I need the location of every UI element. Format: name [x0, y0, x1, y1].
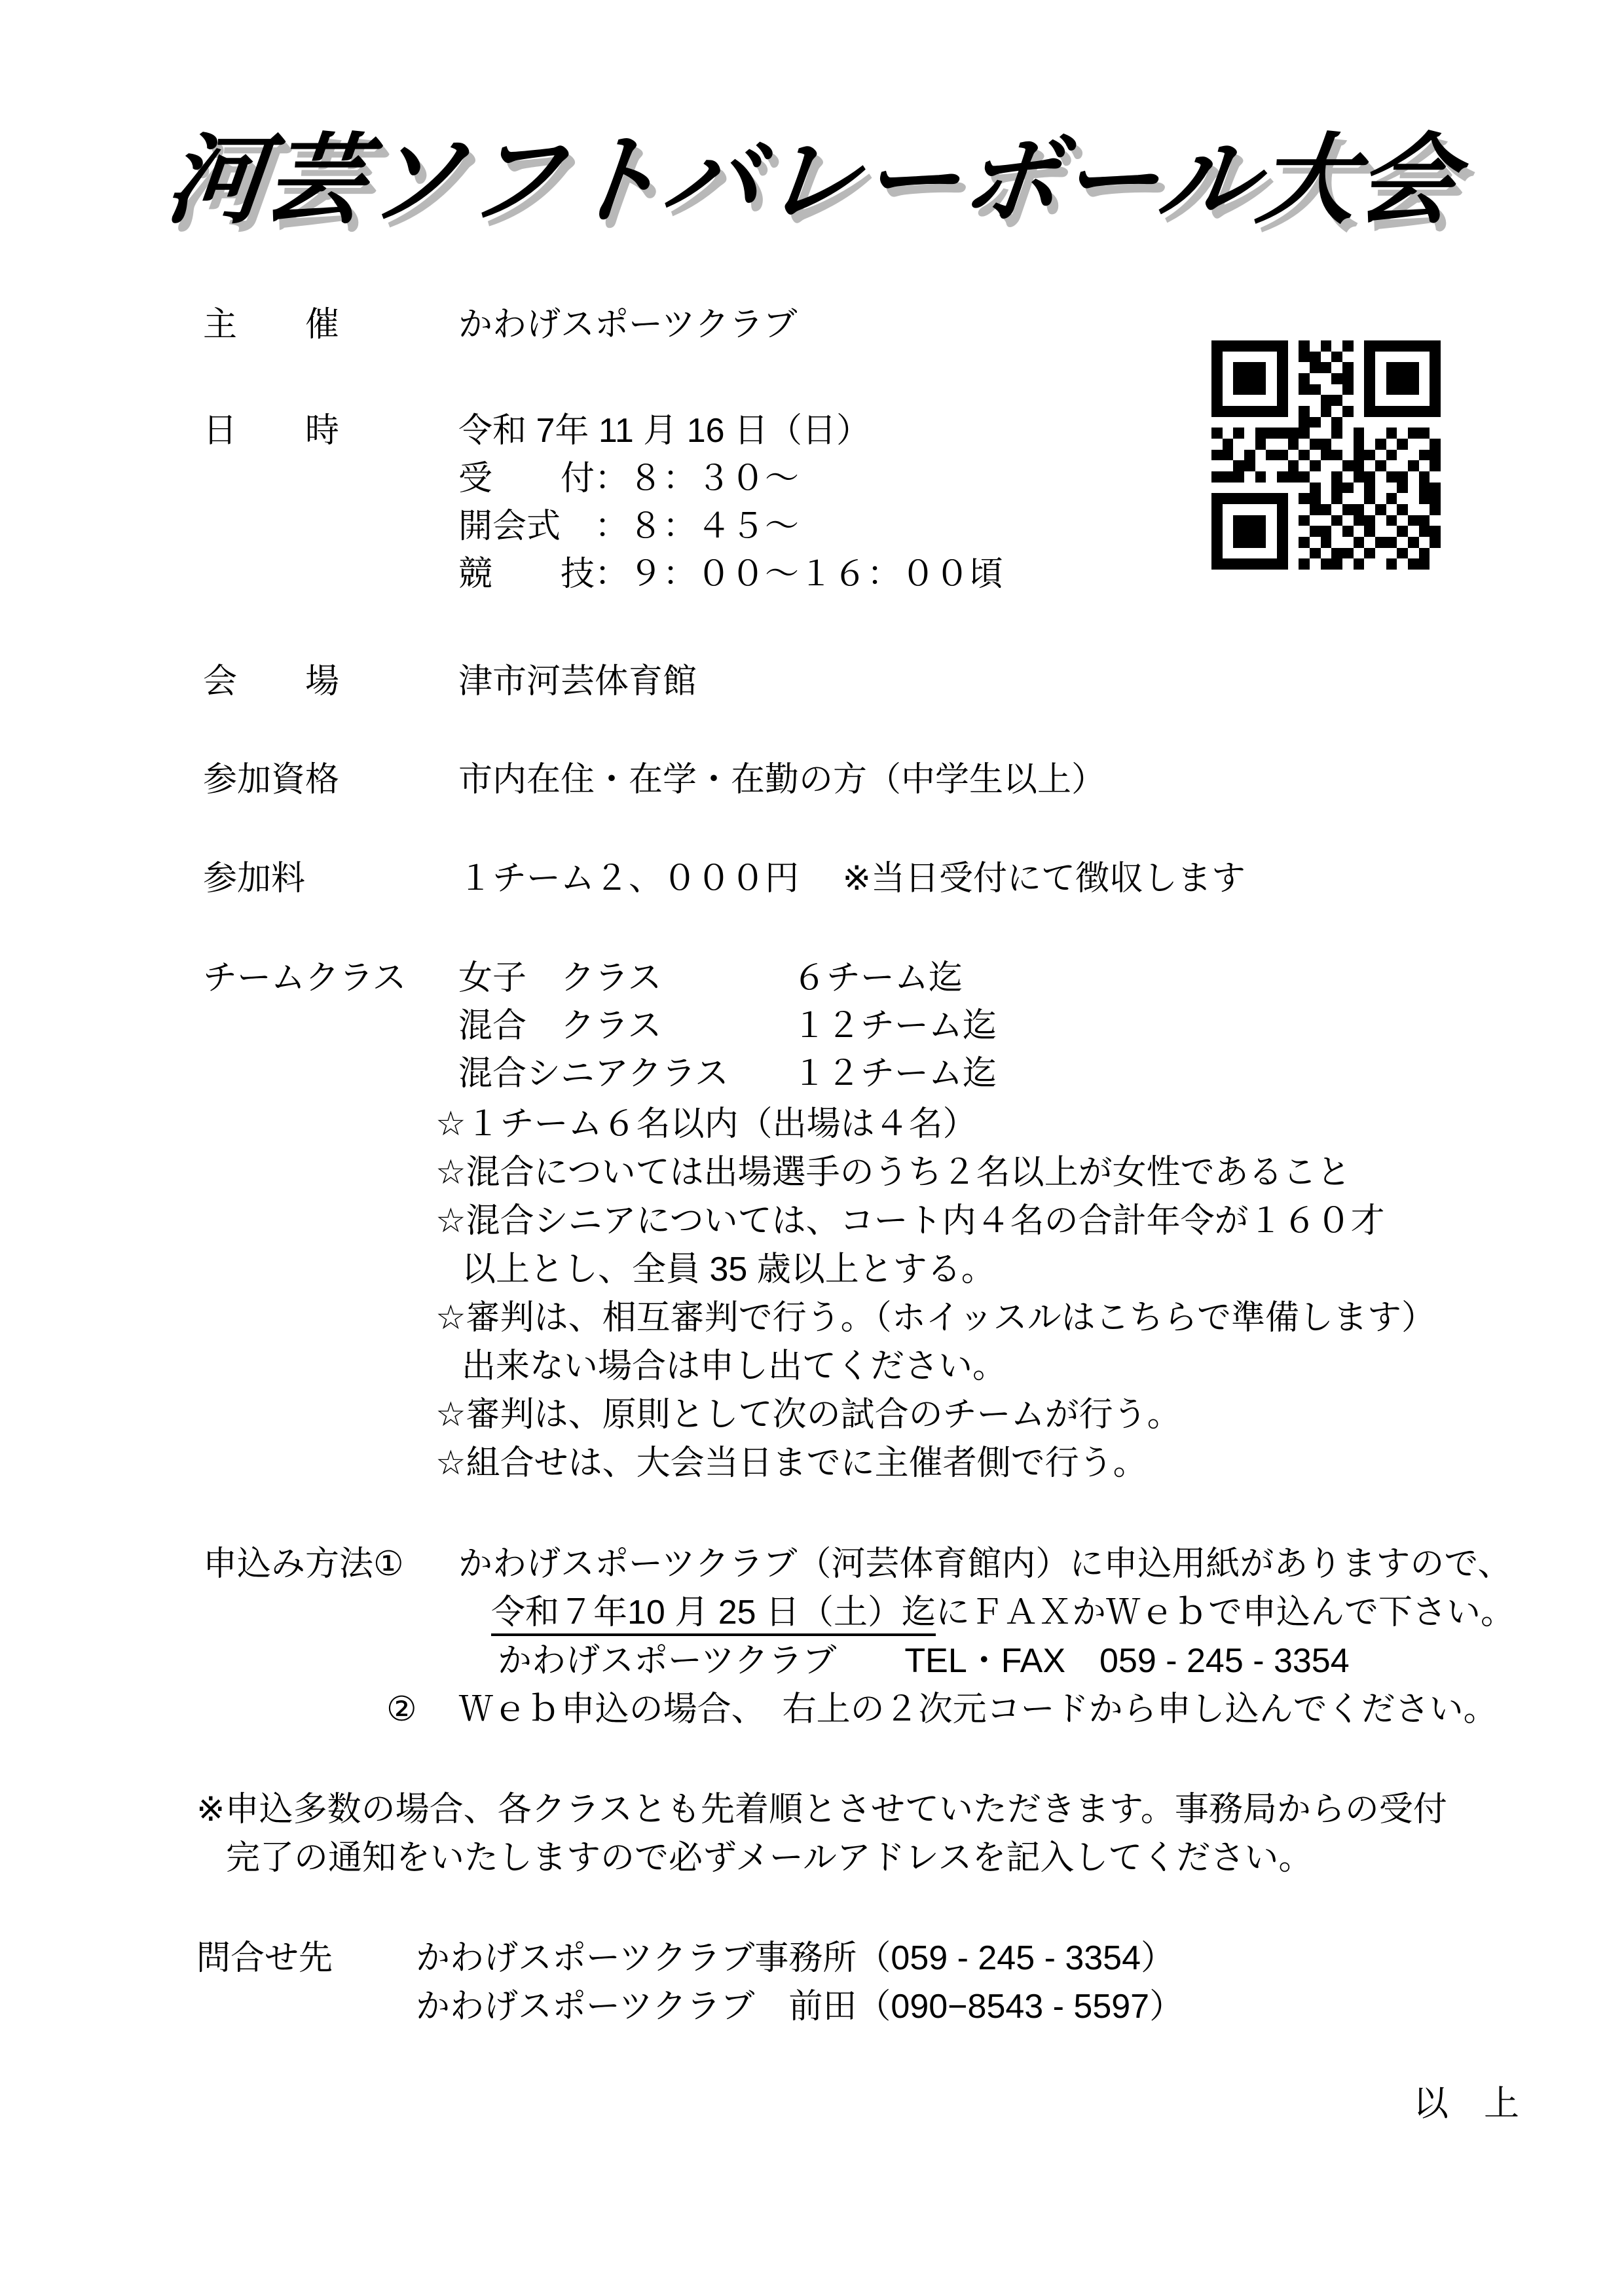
- application-method-section: 申込み方法① かわげスポーツクラブ（河芸体育館内）に申込用紙がありますので、 令…: [203, 1540, 1515, 1734]
- eligibility-value: 市内在住・在学・在勤の方（中学生以上）: [458, 756, 1105, 804]
- contact-office-phone: かわげスポーツクラブ事務所（059 - 245 - 3354）: [416, 1934, 1183, 1982]
- team-class-label: チームクラス: [203, 955, 458, 1002]
- team-class-table: 女子 クラス ６チーム迄 混合 クラス １２チーム迄 混合シニアクラス １２チー…: [458, 955, 997, 1098]
- team-class-item: 混合 クラス １２チーム迄: [458, 1002, 997, 1050]
- class-name: 混合シニアクラス: [458, 1050, 792, 1098]
- class-name: 混合 クラス: [458, 1002, 792, 1050]
- contact-person-phone: かわげスポーツクラブ 前田（090−8543 - 5597）: [416, 1982, 1183, 2031]
- organizer-row: 主 催 かわげスポーツクラブ: [203, 301, 797, 349]
- application-method-label: 申込み方法①: [203, 1540, 458, 1588]
- application-deadline-line: 令和７年10 月 25 日（土）迄にＦＡＸかＷｅｂで申込んで下さい。: [491, 1588, 1515, 1637]
- rule-line: ☆審判は、相互審判で行う。（ホイッスルはこちらで準備します）: [203, 1294, 1435, 1342]
- qr-code: [1211, 340, 1441, 570]
- competition-time: 競 技：９：００～１６：００頃: [458, 551, 1003, 598]
- rule-line-continuation: 以上とし、全員 35 歳以上とする。: [203, 1245, 1435, 1294]
- class-count: １２チーム迄: [792, 1002, 997, 1050]
- class-count: ６チーム迄: [792, 955, 963, 1002]
- datetime-row: 日 時 令和 7年 11 月 16 日（日） 受 付：８：３０～ 開会式 ：８：…: [203, 407, 1003, 598]
- rule-line-continuation: 出来ない場合は申し出てください。: [203, 1342, 1435, 1391]
- reception-time: 受 付：８：３０～: [458, 455, 1003, 503]
- venue-label: 会 場: [203, 658, 458, 706]
- note-line-continuation: 完了の通知をいたしますので必ずメールアドレスを記入してください。: [226, 1834, 1447, 1882]
- eligibility-label: 参加資格: [203, 756, 458, 804]
- web-application-text: Ｗｅｂ申込の場合、 右上の２次元コードから申し込んでください。: [459, 1690, 1498, 1728]
- class-name: 女子 クラス: [458, 955, 792, 1002]
- circled-two-marker: ②: [386, 1690, 417, 1728]
- rule-line: ☆１チーム６名以内（出場は４名）: [203, 1100, 1435, 1148]
- rule-line: ☆審判は、原則として次の試合のチームが行う。: [203, 1391, 1435, 1439]
- rule-line: ☆混合については出場選手のうち２名以上が女性であること: [203, 1148, 1435, 1197]
- organizer-label: 主 催: [203, 301, 458, 349]
- contact-label: 問合せ先: [196, 1934, 416, 2031]
- eligibility-row: 参加資格 市内在住・在学・在勤の方（中学生以上）: [203, 756, 1105, 804]
- contact-lines: かわげスポーツクラブ事務所（059 - 245 - 3354） かわげスポーツク…: [416, 1934, 1183, 2031]
- event-date: 令和 7年 11 月 16 日（日）: [458, 407, 1003, 455]
- team-class-item: 女子 クラス ６チーム迄: [458, 955, 997, 1002]
- organizer-value: かわげスポーツクラブ: [458, 301, 797, 349]
- web-application-line: ②Ｗｅｂ申込の場合、 右上の２次元コードから申し込んでください。: [386, 1685, 1515, 1734]
- fee-row: 参加料 １チーム２、０００円 ※当日受付にて徴収します: [203, 855, 1246, 903]
- notes-section: ※申込多数の場合、各クラスとも先着順とさせていただきます。事務局からの受付 完了…: [196, 1785, 1447, 1882]
- application-method-text: かわげスポーツクラブ（河芸体育館内）に申込用紙がありますので、: [458, 1540, 1511, 1588]
- fee-label: 参加料: [203, 855, 458, 903]
- team-class-item: 混合シニアクラス １２チーム迄: [458, 1050, 997, 1098]
- team-class-row: チームクラス 女子 クラス ６チーム迄 混合 クラス １２チーム迄 混合シニアク…: [203, 955, 997, 1098]
- contact-row: 問合せ先 かわげスポーツクラブ事務所（059 - 245 - 3354） かわげ…: [196, 1934, 1183, 2031]
- datetime-label: 日 時: [203, 407, 458, 455]
- rule-line: ☆混合シニアについては、コート内４名の合計年令が１６０才: [203, 1197, 1435, 1245]
- fee-value: １チーム２、０００円 ※当日受付にて徴収します: [458, 855, 1246, 903]
- venue-row: 会 場 津市河芸体育館: [203, 658, 697, 706]
- venue-value: 津市河芸体育館: [458, 658, 697, 706]
- closing-mark: 以 上: [1413, 2075, 1519, 2126]
- flyer-page: 河芸ソフトバレーボール大会 主 催 かわげスポーツクラブ 日 時 令和 7年 1…: [0, 0, 1624, 2296]
- rule-line: ☆組合せは、大会当日までに主催者側で行う。: [203, 1439, 1435, 1487]
- class-count: １２チーム迄: [792, 1050, 997, 1098]
- application-deadline-rest: にＦＡＸかＷｅｂで申込んで下さい。: [936, 1594, 1515, 1631]
- application-deadline: 令和７年10 月 25 日（土）迄: [491, 1594, 936, 1636]
- note-line: ※申込多数の場合、各クラスとも先着順とさせていただきます。事務局からの受付: [196, 1785, 1447, 1834]
- application-method-row: 申込み方法① かわげスポーツクラブ（河芸体育館内）に申込用紙がありますので、: [203, 1540, 1515, 1588]
- opening-ceremony-time: 開会式 ：８：４５～: [458, 503, 1003, 551]
- club-tel-fax: かわげスポーツクラブ TEL・FAX 059 - 245 - 3354: [498, 1637, 1515, 1685]
- page-title: 河芸ソフトバレーボール大会: [0, 98, 1624, 262]
- datetime-lines: 令和 7年 11 月 16 日（日） 受 付：８：３０～ 開会式 ：８：４５～ …: [458, 407, 1003, 598]
- rules-list: ☆１チーム６名以内（出場は４名） ☆混合については出場選手のうち２名以上が女性で…: [203, 1100, 1435, 1487]
